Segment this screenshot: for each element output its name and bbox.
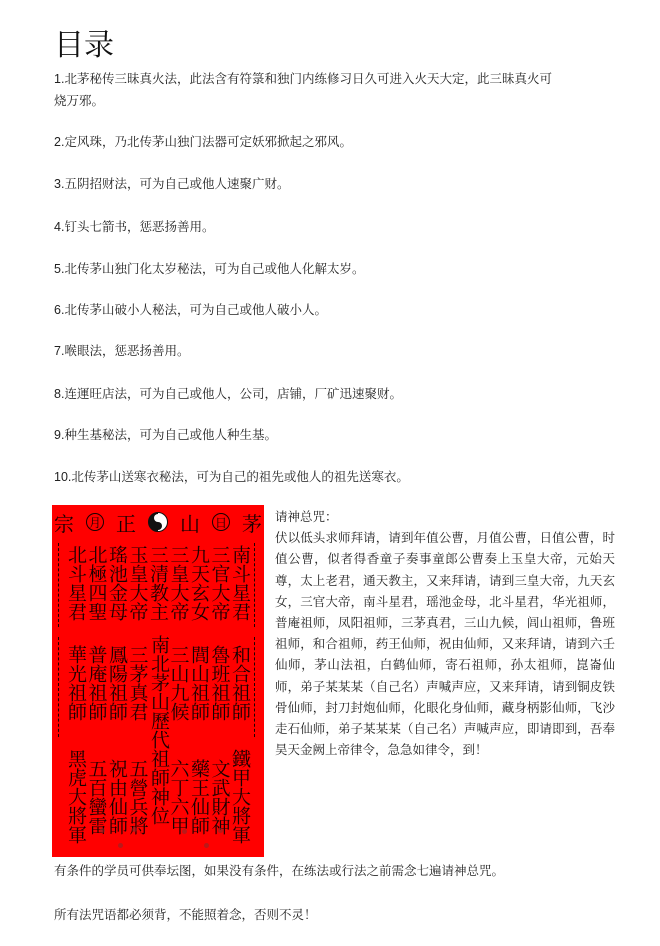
deity-column: 三皇大帝 <box>169 545 189 621</box>
deity-column: 南斗星君 <box>230 545 250 621</box>
note-memorize-warning: 所有法咒语都必须背，不能照着念，否则不灵！ <box>54 904 317 925</box>
toc-item-number: 6. <box>54 303 64 317</box>
deity-column: 鐵甲大將軍 <box>230 749 250 844</box>
toc-item-2: 2.定风珠，乃北传茅山独门法器可定妖邪掀起之邪风。 <box>54 131 614 153</box>
deity-column: 五營兵將 <box>128 749 148 844</box>
toc-item-1: 1.北茅秘传三昧真火法，此法含有符箓和独门内练修习日久可进入火天大定，此三昧真火… <box>54 68 614 111</box>
deity-column-spacer <box>148 749 168 844</box>
deity-column: 閭山祖師 <box>189 645 209 721</box>
deity-column: 北斗星君 <box>66 545 86 621</box>
deity-column: 三官大帝 <box>210 545 230 621</box>
deity-column: 三茅真君 <box>128 645 148 721</box>
yin-yang-icon <box>148 512 168 532</box>
deity-column: 鳳陽祖師 <box>107 645 127 721</box>
wavy-border-right <box>254 637 261 737</box>
page-title: 目录 <box>54 26 114 66</box>
toc-item-number: 9. <box>54 428 64 442</box>
altar-header-char: 宗 <box>54 508 74 537</box>
decorative-dot <box>218 828 223 833</box>
toc-item-text: 北传茅山破小人秘法，可为自己或他人破小人。 <box>64 302 327 317</box>
deity-column: 華光祖師 <box>66 645 86 721</box>
toc-item-4: 4.钉头七箭书，惩恶扬善用。 <box>54 216 614 238</box>
moon-circle-icon: 月 <box>86 513 104 531</box>
altar-header: 宗 月 正 山 日 茅 <box>52 507 264 537</box>
wavy-border-right <box>254 543 261 627</box>
toc-item-6: 6.北传茅山破小人秘法，可为自己或他人破小人。 <box>54 299 614 321</box>
deity-column: 北極四聖 <box>87 545 107 621</box>
toc-item-text: 北传茅山送寒衣秘法，可为自己的祖先或他人的祖先送寒衣。 <box>71 469 409 484</box>
altar-header-char: 正 <box>116 508 136 537</box>
toc-item-text: 定风珠，乃北传茅山独门法器可定妖邪掀起之邪风。 <box>64 134 352 149</box>
deity-column: 普庵祖師 <box>87 645 107 721</box>
altar-header-char: 山 <box>180 508 200 537</box>
sun-circle-icon: 日 <box>212 513 230 531</box>
toc-item-number: 10. <box>54 470 71 484</box>
altar-header-char: 茅 <box>242 508 262 537</box>
toc-item-3: 3.五阴招财法，可为自己或他人速聚广财。 <box>54 173 614 195</box>
decorative-dot <box>182 829 187 834</box>
decorative-dot <box>100 828 105 833</box>
toc-item-number: 2. <box>54 135 64 149</box>
toc-item-number: 5. <box>54 262 64 276</box>
toc-item-text: 北茅秘传三昧真火法，此法含有符箓和独门内练修习日久可进入火天大定，此三昧真火可 <box>64 71 552 86</box>
toc-item-7: 7.喉眼法，惩恶扬善用。 <box>54 340 614 362</box>
deity-column: 黑虎大將軍 <box>66 749 86 844</box>
toc-item-number: 4. <box>54 220 64 234</box>
decorative-dot <box>204 843 209 848</box>
toc-item-number: 8. <box>54 387 64 401</box>
deity-column: 魯班祖師 <box>210 645 230 721</box>
toc-item-text: 五阴招财法，可为自己或他人速聚广财。 <box>64 176 289 191</box>
toc-item-8: 8.连運旺店法，可为自己或他人，公司，店铺，厂矿迅速聚财。 <box>54 383 614 405</box>
deity-column: 瑤池金母 <box>107 545 127 621</box>
note-altar-instruction: 有条件的学员可供奉坛图，如果没有条件，在练法或行法之前需念七遍请神总咒。 <box>54 860 504 881</box>
toc-item-text: 北传茅山独门化太岁秘法，可为自己或他人化解太岁。 <box>64 261 364 276</box>
deity-column: 九天玄女 <box>189 545 209 621</box>
toc-item-number: 7. <box>54 344 64 358</box>
toc-item-text: 种生基秘法，可为自己或他人种生基。 <box>64 427 277 442</box>
toc-item-5: 5.北传茅山独门化太岁秘法，可为自己或他人化解太岁。 <box>54 258 614 280</box>
toc-item-text: 钉头七箭书，惩恶扬善用。 <box>64 219 214 234</box>
deity-column: 三清教主 <box>148 545 168 621</box>
toc-item-number: 1. <box>54 72 64 86</box>
deity-column: 和合祖師 <box>230 645 250 721</box>
wavy-border-left <box>58 637 65 737</box>
decorative-dot <box>132 827 137 832</box>
deity-column: 玉皇大帝 <box>128 545 148 621</box>
invocation-body: 伏以低头求师拜请，请到年值公曹，月值公曹，日值公曹，时值公曹，似者得香童子奏事童… <box>275 527 615 760</box>
deity-column: 祝由仙師 <box>107 749 127 844</box>
deity-column: 三山九候 <box>169 645 189 721</box>
decorative-dot <box>118 843 123 848</box>
toc-item-text: 喉眼法，惩恶扬善用。 <box>64 343 189 358</box>
altar-chart-image: 宗 月 正 山 日 茅 北斗星君 北極四聖 瑤池金母 玉皇大帝 三清教主 三皇大… <box>52 505 264 857</box>
deity-column: 藥王仙師 <box>189 749 209 844</box>
invocation-title: 请神总咒： <box>275 506 615 527</box>
altar-block-deities: 北斗星君 北極四聖 瑤池金母 玉皇大帝 三清教主 三皇大帝 九天玄女 三官大帝 … <box>66 545 250 621</box>
wavy-border-left <box>58 543 65 627</box>
toc-item-9: 9.种生基秘法，可为自己或他人种生基。 <box>54 424 614 446</box>
toc-item-text-cont: 烧万邪。 <box>54 93 104 108</box>
invocation-text: 请神总咒： 伏以低头求师拜请，请到年值公曹，月值公曹，日值公曹，时值公曹，似者得… <box>275 506 615 760</box>
toc-item-text: 连運旺店法，可为自己或他人，公司，店铺，厂矿迅速聚财。 <box>64 386 402 401</box>
toc-item-10: 10.北传茅山送寒衣秘法，可为自己的祖先或他人的祖先送寒衣。 <box>54 466 614 488</box>
toc-item-number: 3. <box>54 177 64 191</box>
